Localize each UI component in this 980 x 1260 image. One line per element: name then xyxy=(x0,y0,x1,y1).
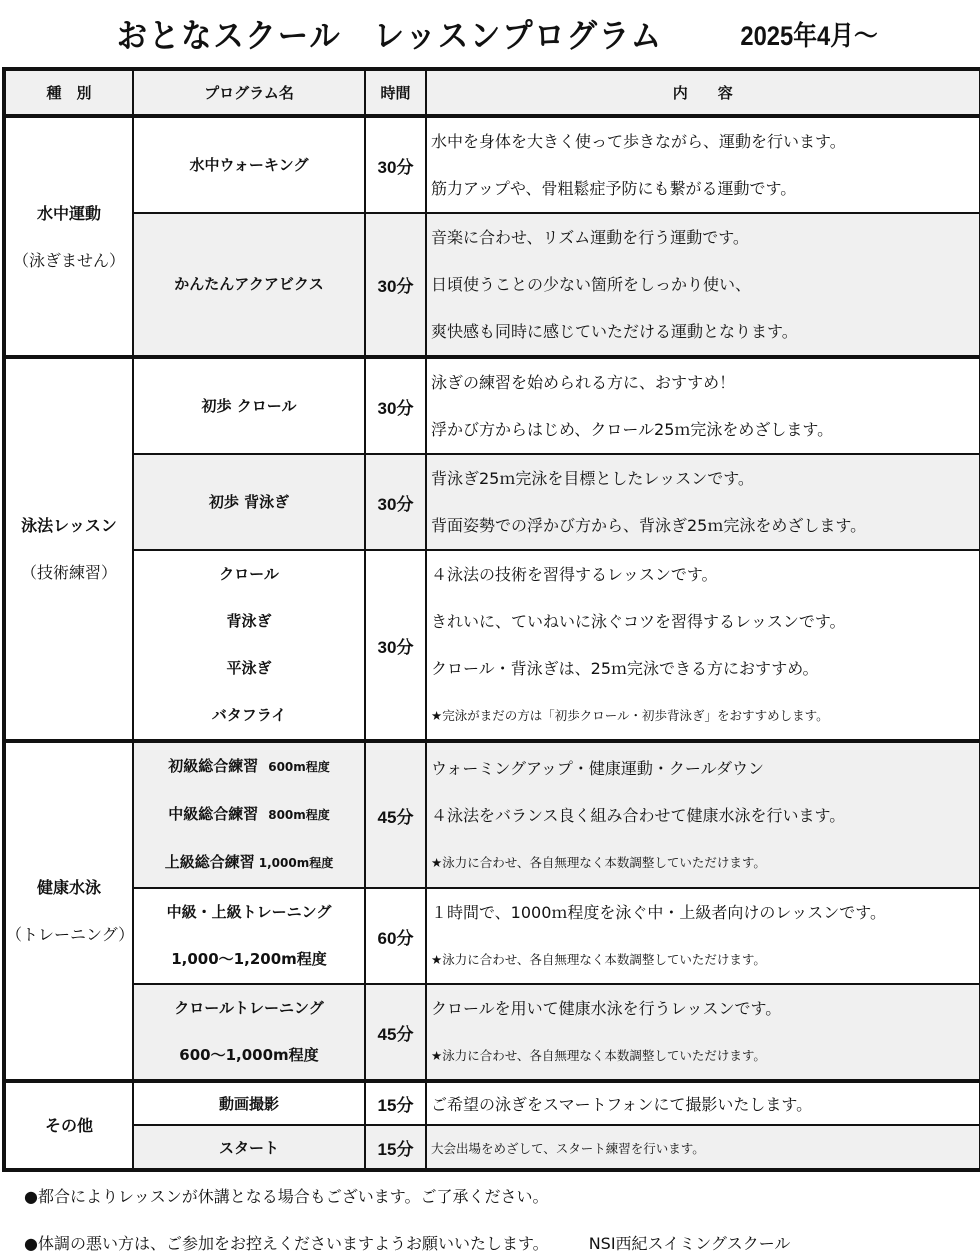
program-level-name: 上級総合練習 xyxy=(165,853,255,871)
program-label: 初級総合練習600m程度 xyxy=(134,743,364,791)
description-cell: 背泳ぎ25ｍ完泳を目標としたレッスンです。 背面姿勢での浮かび方から、背泳ぎ25… xyxy=(426,454,980,550)
table-header-row: 種 別 プログラム名 時間 内 容 xyxy=(4,69,980,116)
program-distance: 1,000m程度 xyxy=(259,856,333,870)
program-distance: 800m程度 xyxy=(268,808,330,822)
description-cell: 音楽に合わせ、リズム運動を行う運動です。 日頃使うことの少ない箇所をしっかり使い… xyxy=(426,213,980,357)
description-cell: 大会出場をめざして、スタート練習を行います。 xyxy=(426,1125,980,1170)
program-label: 背泳ぎ xyxy=(134,598,364,645)
program-label: 平泳ぎ xyxy=(134,645,364,692)
duration: 30分 xyxy=(365,116,426,213)
program-name: 初歩 クロール xyxy=(133,357,365,454)
header-category: 種 別 xyxy=(4,69,133,116)
category-cell: 健康水泳 （トレーニング） xyxy=(4,741,133,1081)
program-label: クロールトレーニング xyxy=(134,985,364,1032)
description-cell: ４泳法の技術を習得するレッスンです。 きれいに、ていねいに泳ぐコツを習得するレッ… xyxy=(426,550,980,741)
table-row: 健康水泳 （トレーニング） 初級総合練習600m程度 中級総合練習800m程度 … xyxy=(4,741,980,888)
program-label: 1,000～1,200m程度 xyxy=(134,936,364,983)
program-level-name: 中級総合練習 xyxy=(168,805,258,823)
description-note: 大会出場をめざして、スタート練習を行います。 xyxy=(431,1141,705,1156)
description-line: 泳ぎの練習を始められる方に、おすすめ！ xyxy=(431,359,979,406)
table-row: かんたんアクアビクス 30分 音楽に合わせ、リズム運動を行う運動です。 日頃使う… xyxy=(4,213,980,357)
duration: 30分 xyxy=(365,213,426,357)
description-cell: ウォーミングアップ・健康運動・クールダウン ４泳法をバランス良く組み合わせて健康… xyxy=(426,741,980,888)
description-cell: ご希望の泳ぎをスマートフォンにて撮影いたします。 xyxy=(426,1081,980,1125)
lesson-program-table: 種 別 プログラム名 時間 内 容 水中運動 （泳ぎません） 水中ウォーキング … xyxy=(2,67,980,1172)
duration: 60分 xyxy=(365,888,426,984)
table-row: クロールトレーニング 600～1,000m程度 45分 クロールを用いて健康水泳… xyxy=(4,984,980,1081)
description-line: 背泳ぎ25ｍ完泳を目標としたレッスンです。 xyxy=(431,455,979,502)
description-line: 浮かび方からはじめ、クロール25ｍ完泳をめざします。 xyxy=(431,406,979,453)
program-level-name: 初級総合練習 xyxy=(168,757,258,775)
description-cell: クロールを用いて健康水泳を行うレッスンです。 ★泳力に合わせ、各自無理なく本数調… xyxy=(426,984,980,1081)
program-name: スタート xyxy=(133,1125,365,1170)
page-title: おとなスクール レッスンプログラム 2025年4月～ xyxy=(0,8,980,58)
program-label: クロール xyxy=(134,551,364,598)
category-sublabel: （泳ぎません） xyxy=(6,237,132,284)
description-line: ４泳法をバランス良く組み合わせて健康水泳を行います。 xyxy=(431,792,979,839)
program-name: 水中ウォーキング xyxy=(133,116,365,213)
table-row: 初歩 背泳ぎ 30分 背泳ぎ25ｍ完泳を目標としたレッスンです。 背面姿勢での浮… xyxy=(4,454,980,550)
duration: 30分 xyxy=(365,454,426,550)
table-row: 中級・上級トレーニング 1,000～1,200m程度 60分 １時間で、1000… xyxy=(4,888,980,984)
title-date: 2025年4月～ xyxy=(740,14,877,53)
duration: 45分 xyxy=(365,984,426,1081)
header-program: プログラム名 xyxy=(133,69,365,116)
description-line: きれいに、ていねいに泳ぐコツを習得するレッスンです。 xyxy=(431,598,979,645)
description-cell: 泳ぎの練習を始められる方に、おすすめ！ 浮かび方からはじめ、クロール25ｍ完泳を… xyxy=(426,357,980,454)
footer-notice-2-text: ●体調の悪い方は、ご参加をお控えくださいますようお願いいたします。 xyxy=(24,1234,549,1253)
program-name: クロール 背泳ぎ 平泳ぎ バタフライ xyxy=(133,550,365,741)
category-label: 健康水泳 xyxy=(6,864,132,911)
program-name: クロールトレーニング 600～1,000m程度 xyxy=(133,984,365,1081)
description-line: 日頃使うことの少ない箇所をしっかり使い、 xyxy=(431,261,979,308)
table-row: スタート 15分 大会出場をめざして、スタート練習を行います。 xyxy=(4,1125,980,1170)
program-name: かんたんアクアビクス xyxy=(133,213,365,357)
description-line: クロールを用いて健康水泳を行うレッスンです。 xyxy=(431,985,979,1032)
description-note: ★泳力に合わせ、各自無理なく本数調整していただけます。 xyxy=(431,936,979,983)
category-sublabel: （技術練習） xyxy=(6,549,132,596)
duration: 30分 xyxy=(365,550,426,741)
duration: 30分 xyxy=(365,357,426,454)
description-line: １時間で、1000ｍ程度を泳ぐ中・上級者向けのレッスンです。 xyxy=(431,889,979,936)
description-note: ★泳力に合わせ、各自無理なく本数調整していただけます。 xyxy=(431,839,979,886)
duration: 15分 xyxy=(365,1081,426,1125)
header-time: 時間 xyxy=(365,69,426,116)
category-cell: 泳法レッスン （技術練習） xyxy=(4,357,133,741)
footer-notice-2: ●体調の悪い方は、ご参加をお控えくださいますようお願いいたします。NSI西紀スイ… xyxy=(24,1231,790,1254)
program-name: 中級・上級トレーニング 1,000～1,200m程度 xyxy=(133,888,365,984)
program-label: 中級・上級トレーニング xyxy=(134,889,364,936)
table-row: その他 動画撮影 15分 ご希望の泳ぎをスマートフォンにて撮影いたします。 xyxy=(4,1081,980,1125)
description-note: ★泳力に合わせ、各自無理なく本数調整していただけます。 xyxy=(431,1032,979,1079)
description-cell: 水中を身体を大きく使って歩きながら、運動を行います。 筋力アップや、骨粗鬆症予防… xyxy=(426,116,980,213)
program-label: 初歩 クロール xyxy=(134,383,364,430)
program-label: 600～1,000m程度 xyxy=(134,1032,364,1079)
program-name: 動画撮影 xyxy=(133,1081,365,1125)
table-row: クロール 背泳ぎ 平泳ぎ バタフライ 30分 ４泳法の技術を習得するレッスンです… xyxy=(4,550,980,741)
duration: 45分 xyxy=(365,741,426,888)
program-distance: 600m程度 xyxy=(268,760,330,774)
description-line: クロール・背泳ぎは、25ｍ完泳できる方におすすめ。 xyxy=(431,645,979,692)
footer-notice-1: ●都合によりレッスンが休講となる場合もございます。ご了承ください。 xyxy=(24,1184,549,1207)
program-label: 上級総合練習1,000m程度 xyxy=(134,839,364,887)
program-name: 初級総合練習600m程度 中級総合練習800m程度 上級総合練習1,000m程度 xyxy=(133,741,365,888)
table-row: 泳法レッスン （技術練習） 初歩 クロール 30分 泳ぎの練習を始められる方に、… xyxy=(4,357,980,454)
category-sublabel: （トレーニング） xyxy=(6,911,132,958)
description-note: ★完泳がまだの方は「初歩クロール・初歩背泳ぎ」をおすすめします。 xyxy=(431,692,979,739)
header-description: 内 容 xyxy=(426,69,980,116)
category-label: その他 xyxy=(6,1102,132,1149)
program-label: バタフライ xyxy=(134,692,364,739)
table-row: 水中運動 （泳ぎません） 水中ウォーキング 30分 水中を身体を大きく使って歩き… xyxy=(4,116,980,213)
title-main: おとなスクール レッスンプログラム xyxy=(117,10,663,57)
category-cell: 水中運動 （泳ぎません） xyxy=(4,116,133,357)
description-line: ４泳法の技術を習得するレッスンです。 xyxy=(431,551,979,598)
program-label: かんたんアクアビクス xyxy=(134,261,364,308)
description-line: 音楽に合わせ、リズム運動を行う運動です。 xyxy=(431,214,979,261)
program-name: 初歩 背泳ぎ xyxy=(133,454,365,550)
description-line: 筋力アップや、骨粗鬆症予防にも繋がる運動です。 xyxy=(431,165,979,212)
description-line: 爽快感も同時に感じていただける運動となります。 xyxy=(431,308,979,355)
description-cell: １時間で、1000ｍ程度を泳ぐ中・上級者向けのレッスンです。 ★泳力に合わせ、各… xyxy=(426,888,980,984)
school-name: NSI西紀スイミングスクール xyxy=(589,1234,791,1253)
duration: 15分 xyxy=(365,1125,426,1170)
description-line: 水中を身体を大きく使って歩きながら、運動を行います。 xyxy=(431,118,979,165)
description-line: 背面姿勢での浮かび方から、背泳ぎ25ｍ完泳をめざします。 xyxy=(431,502,979,549)
program-label: 水中ウォーキング xyxy=(134,142,364,189)
description-line: ウォーミングアップ・健康運動・クールダウン xyxy=(431,745,979,792)
category-label: 泳法レッスン xyxy=(6,502,132,549)
program-label: 初歩 背泳ぎ xyxy=(134,479,364,526)
category-cell: その他 xyxy=(4,1081,133,1170)
category-label: 水中運動 xyxy=(6,190,132,237)
program-label: 中級総合練習800m程度 xyxy=(134,791,364,839)
